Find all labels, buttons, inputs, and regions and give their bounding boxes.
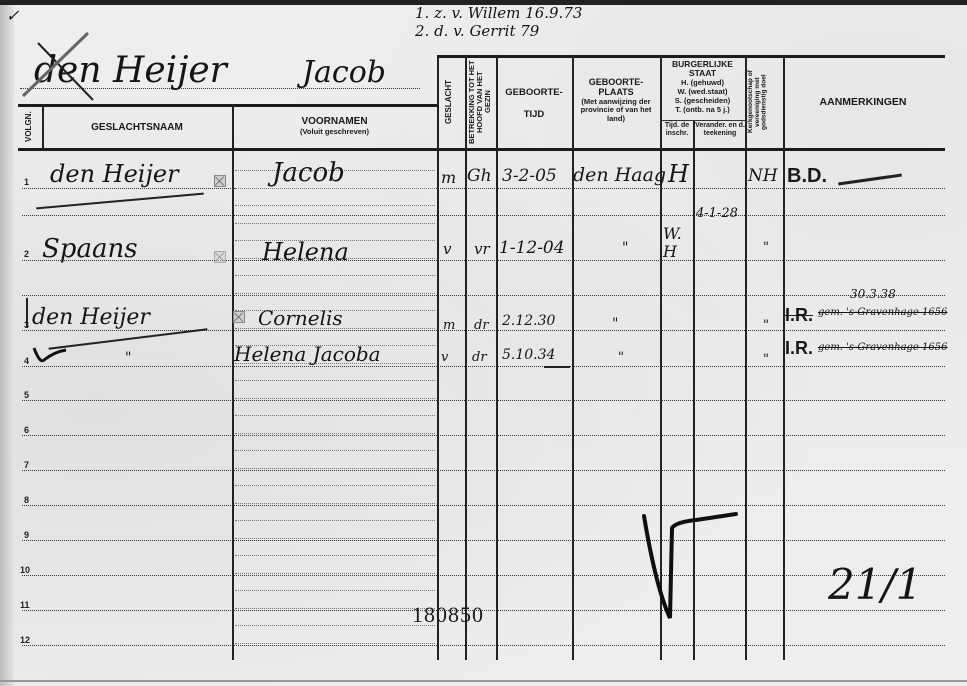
row4-given-names: Helena Jacoba [234, 342, 381, 366]
row1-remarks: B.D. [787, 165, 827, 188]
row3-church: " [763, 318, 769, 333]
row4-church: " [763, 352, 769, 367]
row1-sex: m [441, 168, 456, 187]
top-note-2: 2. d. v. Gerrit 79 [415, 22, 539, 40]
row-number: 11 [20, 600, 30, 610]
col-sep-geboortetijd [572, 55, 574, 660]
row-rule-line [22, 575, 945, 576]
row4-relation: dr [472, 350, 487, 365]
row1-surname: den Heijer [50, 160, 179, 188]
col-sep-geslacht [465, 55, 467, 660]
header-top-border-right [437, 55, 945, 58]
row1-church: NH [748, 166, 778, 186]
row3-relation: dr [474, 318, 489, 333]
header-geboortetijd-line1: GEBOORTE- [505, 87, 563, 98]
header-bs-w: W. (wed.staat) [677, 87, 727, 96]
row-number: 10 [20, 565, 30, 575]
header-geboorteplaats-line2: PLAATS [598, 87, 633, 97]
row4-check-mark [30, 342, 70, 370]
header-betrekking: BETREKKING TOT HET HOOFD VAN HET GEZIN [468, 60, 494, 144]
header-tijd-inschr: Tijd. de inschr. [662, 122, 692, 137]
header-geboortetijd-line2: TIJD [524, 109, 545, 120]
row-rule-line [22, 295, 945, 296]
voornamen-sub-line [235, 433, 435, 434]
header-geboortetijd: GEBOORTE- TIJD [496, 88, 572, 121]
row1-birth-place: den Haag [573, 164, 666, 186]
header-voornamen-label: VOORNAMEN [301, 116, 367, 127]
row-number: 4 [24, 356, 29, 366]
large-check-mark [636, 508, 746, 628]
header-volgn: VOLGN. [25, 108, 37, 146]
row3-left-mark [26, 298, 28, 328]
member-checkbox [214, 175, 226, 187]
row2-sex: v [443, 240, 451, 258]
voornamen-sub-line [235, 503, 435, 504]
row-number: 7 [24, 460, 29, 470]
voornamen-sub-line [235, 450, 435, 451]
header-bs-line2: STAAT [689, 68, 716, 78]
row1-civil-status: H [668, 160, 689, 188]
header-bs-s: S. (gescheiden) [675, 96, 730, 105]
voornamen-sub-line [235, 468, 435, 469]
row-number: 9 [24, 530, 29, 540]
row2-birth-place: " [622, 240, 628, 256]
voornamen-sub-line [235, 555, 435, 556]
row-rule-line [22, 400, 945, 401]
voornamen-sub-line [235, 643, 435, 644]
row2-surname: Spaans [42, 234, 138, 264]
header-geboorteplaats-sub: (Met aanwijzing der provincie of van het… [572, 98, 660, 124]
row3-remarks: I.R. [785, 305, 813, 326]
row1-birth-date: 3-2-05 [502, 166, 557, 186]
header-voornamen: VOORNAMEN (Voluit geschreven) [232, 116, 437, 136]
top-note-1: 1. z. v. Willem 16.9.73 [415, 4, 582, 22]
row3-given-names: Cornelis [258, 306, 343, 330]
voornamen-sub-line [235, 573, 435, 574]
header-geboorteplaats-line1: GEBOORTE- [589, 77, 644, 87]
voornamen-sub-line [235, 415, 435, 416]
row-rule-line [22, 645, 945, 646]
voornamen-sub-line [235, 520, 435, 521]
voornamen-sub-line [235, 398, 435, 399]
row3-birth-place: " [612, 316, 618, 332]
row-rule-line [22, 215, 945, 216]
row4-birth-place: " [618, 350, 624, 365]
serial-number: 180850 [412, 602, 484, 628]
header-bottom-border [18, 148, 945, 151]
voornamen-sub-line [235, 293, 435, 294]
voornamen-sub-line [235, 538, 435, 539]
card-edge-shadow [0, 0, 14, 686]
header-geslacht: GESLACHT [445, 60, 459, 144]
registration-card: ✓ den Heijer Jacob 1. z. v. Willem 16.9.… [0, 0, 967, 686]
row3-sex: m [443, 318, 455, 333]
row2-status-date: 4-1-28 [696, 206, 738, 221]
header-step-line [437, 55, 439, 105]
corner-check-mark: ✓ [6, 6, 19, 25]
header-verandering: Verander. en d. teekening [695, 122, 745, 137]
row-rule-line [22, 470, 945, 471]
header-voornamen-sub: (Voluit geschreven) [232, 128, 437, 137]
row3-surname-underline [48, 328, 207, 349]
row4-surname: " [125, 350, 131, 366]
cross-out-mark [18, 28, 98, 103]
row1-relation: Gh [467, 166, 492, 186]
voornamen-sub-line [235, 590, 435, 591]
row2-relation: vr [474, 240, 490, 258]
row2-civil-status: W. H [663, 225, 691, 260]
row-number: 8 [24, 495, 29, 505]
header-geboorteplaats: GEBOORTE- PLAATS (Met aanwijzing der pro… [572, 77, 660, 124]
row-rule-line [22, 366, 945, 367]
row-number: 6 [24, 425, 29, 435]
col-sep-betrekking [496, 55, 498, 660]
voornamen-sub-line [235, 275, 435, 276]
row-number: 5 [24, 390, 29, 400]
voornamen-sub-line [235, 608, 435, 609]
header-kerkgenootschap: Kerkgenootschap of vereeniging met godsd… [748, 60, 780, 144]
row-rule-line [22, 435, 945, 436]
row2-given-names: Helena [262, 238, 349, 266]
row4-remarks-struck: gem. 's-Gravenhage 1656 [818, 342, 948, 353]
member-checkbox [233, 311, 245, 323]
row1-given-names: Jacob [272, 158, 345, 188]
header-bs-h: H. (gehuwd) [681, 78, 724, 87]
row4-sex: v [441, 350, 448, 365]
row-rule-line [22, 540, 945, 541]
card-bottom-edge [0, 680, 967, 682]
header-top-border-left [18, 104, 439, 107]
member-checkbox [214, 251, 226, 263]
row3-remarks-struck: gem. 's-Gravenhage 1656 [818, 307, 948, 318]
voornamen-sub-line [235, 625, 435, 626]
row4-birth-date-underline [544, 366, 570, 368]
voornamen-sub-line [235, 380, 435, 381]
bottom-right-mark: 21/1 [828, 560, 922, 609]
header-bs-t: T. (ontb. na 5 j.) [675, 105, 730, 114]
voornamen-sub-line [235, 205, 435, 206]
row3-birth-date: 2.12.30 [502, 313, 555, 329]
header-burgerlijke-staat: BURGERLIJKE STAAT H. (gehuwd) W. (wed.st… [660, 60, 745, 114]
row4-remarks: I.R. [785, 338, 813, 359]
head-given-name: Jacob [302, 55, 386, 90]
row1-remarks-dash [838, 174, 902, 186]
row-rule-line [22, 505, 945, 506]
row-number: 1 [24, 177, 29, 187]
row-number: 12 [20, 635, 30, 645]
header-aanmerkingen: AANMERKINGEN [783, 96, 943, 108]
row-rule-line [22, 260, 945, 261]
row1-surname-underline [36, 193, 204, 210]
row-number: 2 [24, 249, 29, 259]
row-rule-line [22, 188, 945, 189]
row2-birth-date: 1-12-04 [499, 238, 565, 258]
row3-remarks-note: 30.3.38 [850, 287, 896, 301]
header-geslachtsnaam: GESLACHTSNAAM [42, 122, 232, 134]
voornamen-sub-line [235, 223, 435, 224]
voornamen-sub-line [235, 485, 435, 486]
row3-surname: den Heijer [32, 305, 150, 330]
row2-church: " [763, 240, 769, 255]
row4-birth-date: 5.10.34 [502, 347, 555, 363]
burgerlijke-staat-subdivider [660, 120, 745, 121]
